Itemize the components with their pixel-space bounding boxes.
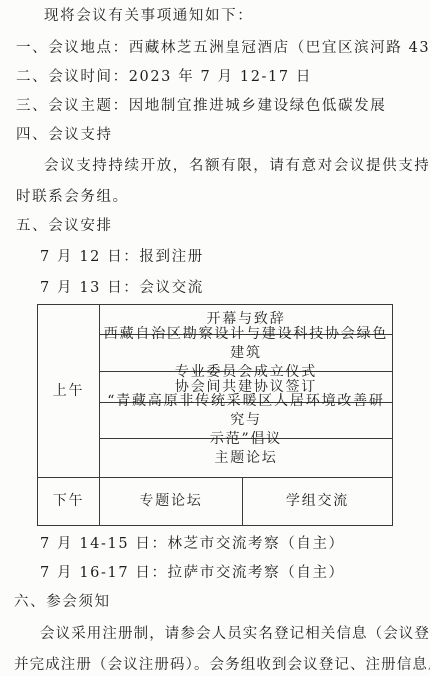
section-4-body-line2: 时联系会务组。 bbox=[16, 187, 129, 207]
morning-item-committee: 西藏自治区勘察设计与建设科技协会绿色建筑 专业委员会成立仪式 bbox=[100, 335, 392, 371]
section-6-heading: 六、参会须知 bbox=[14, 592, 111, 612]
intro-text: 现将会议有关事项通知如下： bbox=[44, 6, 253, 26]
schedule-day-1: 7 月 12 日：报到注册 bbox=[40, 247, 204, 267]
section-5-heading: 五、会议安排 bbox=[16, 216, 113, 236]
afternoon-item-group-exchange: 学组交流 bbox=[243, 478, 392, 525]
section-6-body-line2: 并完成注册（会议注册码）。会务组收到会议登记、注册信息后，将 bbox=[14, 655, 430, 675]
section-2-time: 二、会议时间：2023 年 7 月 12-17 日 bbox=[16, 67, 312, 87]
morning-label: 上午 bbox=[38, 305, 99, 477]
schedule-day-3: 7 月 14-15 日：林芝市交流考察（自主） bbox=[40, 534, 345, 554]
schedule-table: 上午 下午 开幕与致辞 西藏自治区勘察设计与建设科技协会绿色建筑 专业委员会成立… bbox=[37, 304, 393, 526]
section-4-heading: 四、会议支持 bbox=[16, 125, 113, 145]
section-6-body-line1: 会议采用注册制，请参会人员实名登记相关信息（会议登记码）， bbox=[40, 624, 430, 644]
schedule-day-2: 7 月 13 日：会议交流 bbox=[40, 278, 204, 298]
schedule-day-4: 7 月 16-17 日：拉萨市交流考察（自主） bbox=[40, 563, 345, 583]
section-3-theme: 三、会议主题：因地制宜推进城乡建设绿色低碳发展 bbox=[16, 96, 386, 116]
morning-item-initiative: “青藏高原非传统采暖区人居环境改善研究与 示范”倡议 bbox=[100, 403, 392, 438]
afternoon-label: 下午 bbox=[38, 477, 99, 525]
section-4-body-line1: 会议支持持续开放，名额有限，请有意对会议提供支持的单位及 bbox=[44, 156, 430, 176]
morning-item-forum: 主题论坛 bbox=[100, 439, 392, 477]
section-1-venue: 一、会议地点：西藏林芝五洲皇冠酒店（巴宜区滨河路 433 号） bbox=[16, 38, 430, 58]
afternoon-item-special-forum: 专题论坛 bbox=[100, 478, 242, 525]
